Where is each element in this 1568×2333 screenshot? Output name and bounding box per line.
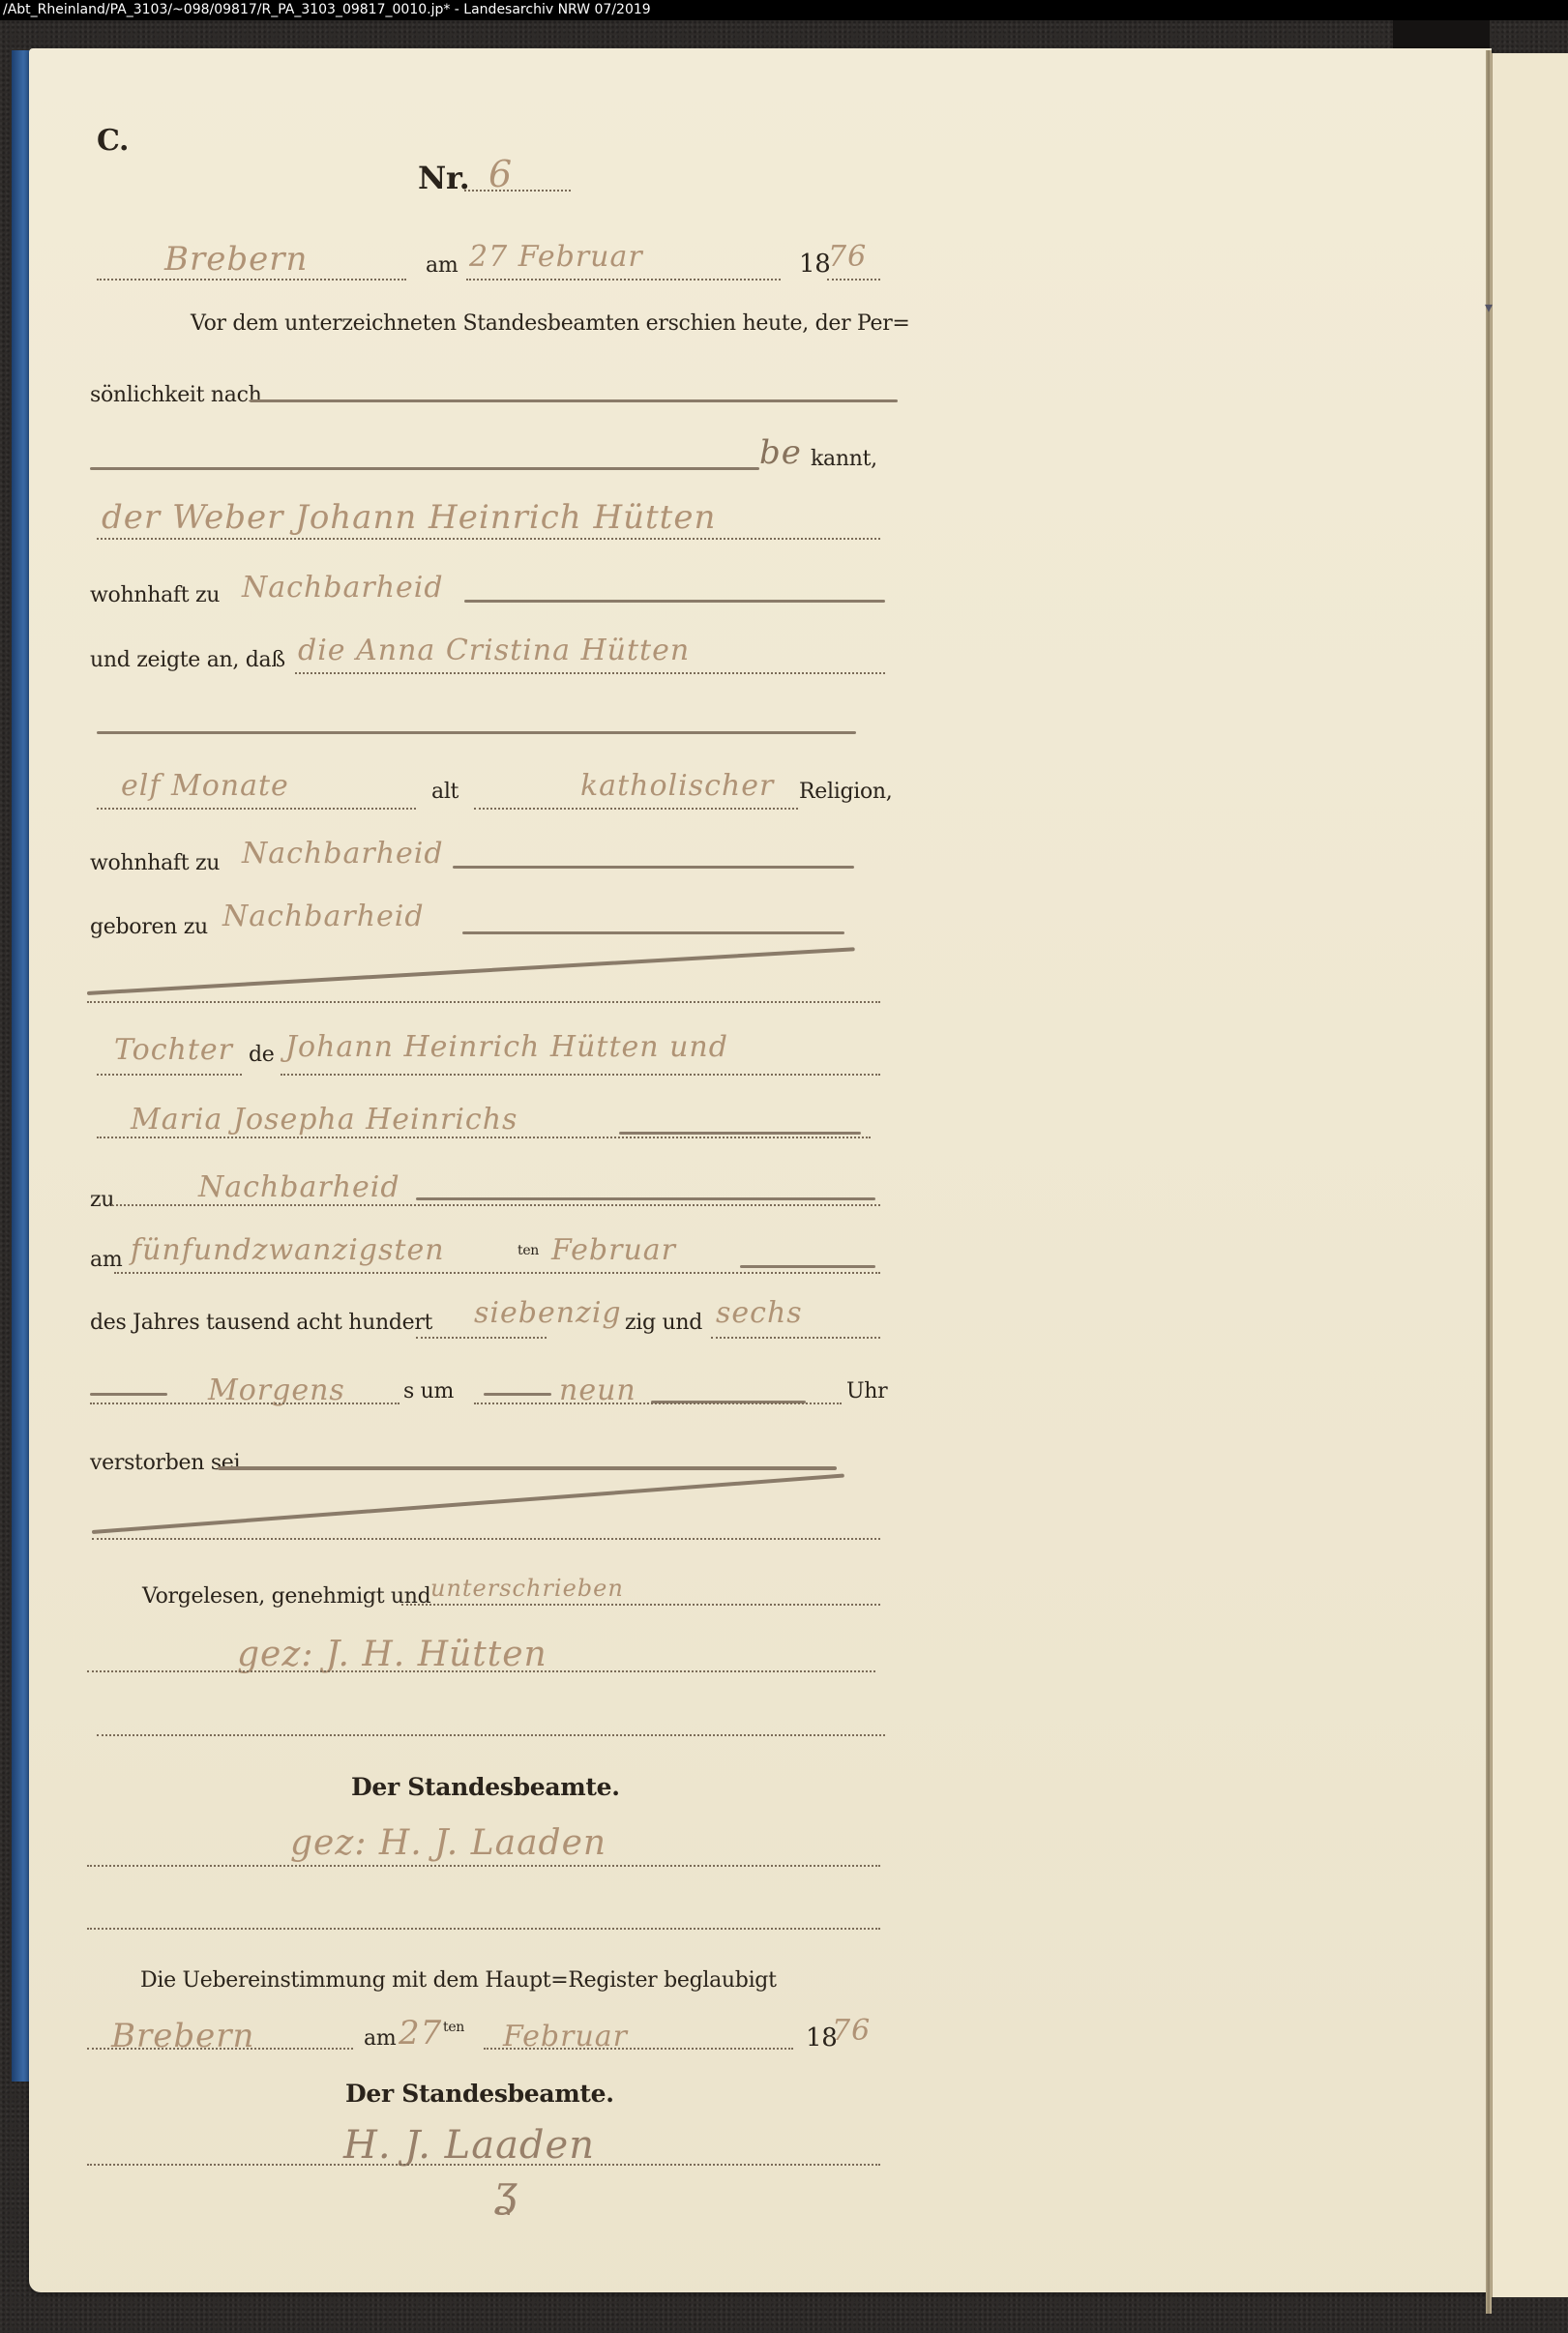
dotted-line <box>466 279 781 281</box>
parents-residence: Nachbarheid <box>198 1170 400 1204</box>
dotted-line <box>97 538 880 540</box>
dotted-line <box>97 279 406 281</box>
dotted-line <box>281 1074 880 1076</box>
book-cover-edge <box>12 50 31 2082</box>
dotted-line <box>401 1604 880 1606</box>
age-value: elf Monate <box>121 769 289 803</box>
filled-line <box>250 399 898 402</box>
dotted-line <box>827 279 880 281</box>
relation-value: Tochter <box>114 1033 233 1067</box>
binding-staple-icon: ▾ <box>1485 298 1493 316</box>
number-label: Nr. <box>418 160 469 196</box>
known-label: kannt, <box>811 447 877 471</box>
dotted-line <box>92 1538 880 1540</box>
cert-day: 27 <box>399 2014 442 2052</box>
dotted-line <box>711 1337 880 1339</box>
dotted-line <box>97 1734 885 1736</box>
uhr-label: Uhr <box>846 1379 887 1403</box>
filled-line <box>619 1132 861 1135</box>
dotted-line <box>87 1865 880 1867</box>
dotted-line <box>97 808 416 810</box>
dotted-line <box>416 1337 547 1339</box>
residence-label: wohnhaft zu <box>90 583 220 607</box>
cert-registrar-title: Der Standesbeamte. <box>345 2080 614 2108</box>
section-letter: C. <box>97 124 129 158</box>
filled-line <box>218 1466 837 1470</box>
registrar-title: Der Standesbeamte. <box>351 1773 620 1801</box>
next-page-edge <box>1492 53 1568 2297</box>
death-day-suffix: ten <box>518 1243 539 1258</box>
deceased-residence: Nachbarheid <box>242 837 444 871</box>
registrar-signature: gez: H. J. Laaden <box>290 1823 606 1863</box>
cert-registrar-signature: H. J. Laaden <box>343 2123 595 2168</box>
dotted-line <box>90 1403 399 1404</box>
cert-day-suffix: ten <box>443 2020 464 2035</box>
year-mid-label: zig und <box>625 1311 702 1335</box>
deceased-name: die Anna Cristina Hütten <box>298 634 690 667</box>
filled-line <box>97 731 856 734</box>
declarant-signature: gez: J. H. Hütten <box>237 1635 547 1674</box>
cert-place: Brebern <box>111 2017 254 2055</box>
am-label: am <box>426 253 458 278</box>
window-title-bar: /Abt_Rheinland/PA_3103/~098/09817/R_PA_3… <box>0 0 1568 20</box>
religion-label: Religion, <box>799 780 892 804</box>
filled-line <box>740 1265 875 1268</box>
dotted-line <box>474 1403 842 1404</box>
deceased-residence-label: wohnhaft zu <box>90 851 220 875</box>
religion-value: katholischer <box>580 769 774 803</box>
dotted-line <box>87 1001 880 1003</box>
intro-line-1: Vor dem unterzeichneten Standesbeamten e… <box>191 311 910 336</box>
read-value: unterschrieben <box>430 1575 624 1602</box>
dotted-line <box>87 1928 880 1930</box>
father-name: Johann Heinrich Hütten und <box>285 1030 728 1064</box>
year-units: sechs <box>716 1296 803 1330</box>
reported-label: und zeigte an, daß <box>90 648 285 672</box>
dotted-line <box>97 1137 871 1138</box>
cert-am-label: am <box>364 2026 396 2051</box>
dotted-line <box>87 2048 353 2050</box>
declarant-name: der Weber Johann Heinrich Hütten <box>102 498 716 537</box>
death-month: Februar <box>551 1233 676 1267</box>
dotted-line <box>111 1204 880 1206</box>
year-tens: siebenzig <box>474 1296 622 1330</box>
intro-line-2-label: sönlichkeit nach <box>90 383 261 407</box>
window-title: /Abt_Rheinland/PA_3103/~098/09817/R_PA_3… <box>3 2 651 17</box>
filled-line <box>416 1197 875 1200</box>
filled-line <box>90 1393 167 1396</box>
died-label: verstorben sei <box>90 1451 240 1475</box>
year-suffix: 76 <box>828 240 867 274</box>
scan-shadow <box>1393 20 1490 51</box>
dotted-line <box>87 2164 880 2166</box>
year-label: des Jahres tausend acht hundert <box>90 1311 432 1335</box>
cert-year-suffix: 76 <box>832 2014 871 2048</box>
dotted-line <box>474 808 798 810</box>
known-hand: be <box>759 433 802 472</box>
header-date: 27 Februar <box>469 240 643 274</box>
dotted-line <box>295 672 885 674</box>
dotted-line <box>114 1272 880 1274</box>
dotted-line <box>97 1074 242 1076</box>
certification-label: Die Uebereinstimmung mit dem Haupt=Regis… <box>140 1968 777 1993</box>
parents-residence-label: zu <box>90 1188 114 1212</box>
header-place: Brebern <box>164 240 308 279</box>
time-s-label: s um <box>403 1379 454 1403</box>
filled-line <box>90 467 759 470</box>
filled-line <box>464 600 885 603</box>
filled-line <box>462 931 844 934</box>
dotted-line <box>464 190 571 192</box>
mother-name: Maria Josepha Heinrichs <box>131 1103 518 1137</box>
signature-flourish: ʓ <box>493 2167 518 2216</box>
filled-line <box>453 866 854 869</box>
death-day-label: am <box>90 1248 122 1272</box>
relation-label: de <box>249 1043 275 1067</box>
dotted-line <box>87 1670 875 1672</box>
declarant-residence: Nachbarheid <box>242 571 444 605</box>
death-day: fünfundzwanzigsten <box>131 1233 445 1267</box>
year-prefix: 18 <box>799 250 830 279</box>
birthplace-label: geboren zu <box>90 915 208 939</box>
dotted-line <box>484 2048 793 2050</box>
birthplace: Nachbarheid <box>222 900 425 933</box>
filled-line <box>484 1393 551 1396</box>
age-label: alt <box>431 780 459 804</box>
read-label: Vorgelesen, genehmigt und <box>142 1584 430 1609</box>
